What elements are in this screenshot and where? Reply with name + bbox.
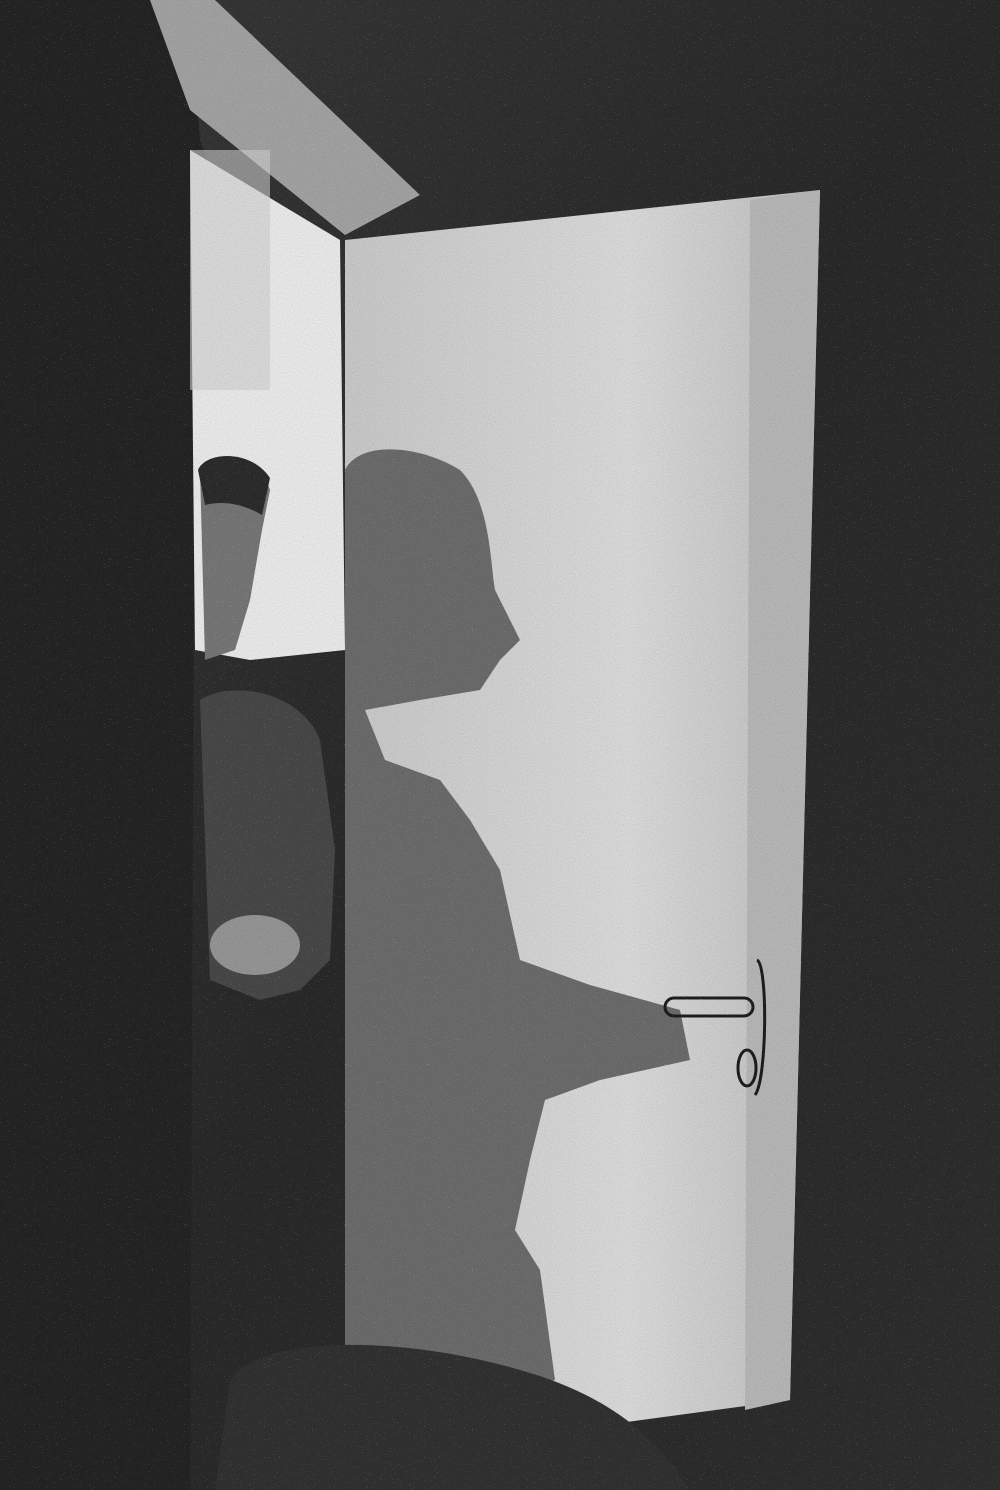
grain-specks <box>0 0 1000 1490</box>
etching-artwork <box>0 0 1000 1490</box>
artwork-canvas <box>0 0 1000 1490</box>
